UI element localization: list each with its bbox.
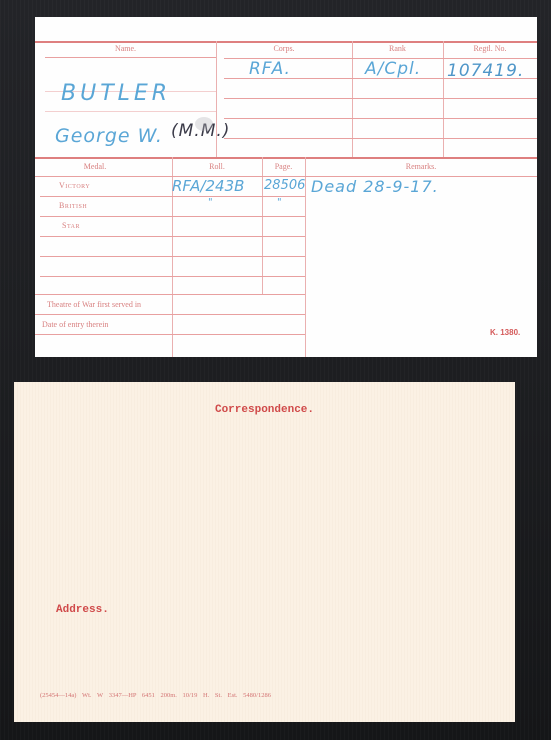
medal-row-rule <box>40 256 305 257</box>
header-top-rule <box>35 41 537 43</box>
ink-smudge <box>195 117 213 131</box>
medal-name: Star <box>62 221 80 230</box>
medal-row-rule <box>40 236 305 237</box>
roll-header: Roll. <box>172 162 262 171</box>
detail-row-rule <box>224 118 537 119</box>
medal-name: British <box>59 201 87 210</box>
forenames-handwritten: George W. <box>55 125 163 147</box>
medal-header: Medal. <box>45 162 145 171</box>
correspondence-title: Correspondence. <box>14 404 515 416</box>
roll-value: RFA/243B <box>172 177 244 195</box>
printer-imprint: (25454—14a) Wt. W 3347—HP 6451 200m. 10/… <box>40 692 271 699</box>
medal-index-card-front: Name. BUTLER George W. (M.M.) Corps. Ran… <box>35 17 537 357</box>
medal-section-top-rule <box>35 157 537 159</box>
theatre-top-rule <box>35 294 305 295</box>
date-entry-top-rule <box>35 314 305 315</box>
medal-row-rule <box>40 196 305 197</box>
regt-no-header: Regtl. No. <box>443 44 537 53</box>
corps-header: Corps. <box>216 44 352 53</box>
roll-value: " <box>208 197 214 208</box>
corps-handwritten: RFA. <box>249 59 291 79</box>
date-entry-bottom-rule <box>35 334 305 335</box>
theatre-label: Theatre of War first served in <box>47 300 141 309</box>
surname-handwritten: BUTLER <box>61 81 171 106</box>
remarks-handwritten: Dead 28-9-17. <box>311 177 439 196</box>
name-header-rule <box>45 57 216 58</box>
form-number: K. 1380. <box>490 328 520 337</box>
medal-header-rule <box>35 176 537 177</box>
detail-row-rule <box>224 138 537 139</box>
page-header: Page. <box>262 162 305 171</box>
page-value: " <box>277 197 283 208</box>
detail-row-rule <box>224 98 537 99</box>
date-entry-label: Date of entry therein <box>42 320 108 329</box>
remarks-header: Remarks. <box>305 162 537 171</box>
name-header: Name. <box>35 44 216 53</box>
medal-row-rule <box>40 276 305 277</box>
page-col-divider <box>262 157 263 294</box>
page-value: 28506 <box>264 178 305 193</box>
rank-handwritten: A/Cpl. <box>365 59 421 79</box>
regt-no-handwritten: 107419. <box>447 61 524 81</box>
name-line <box>45 111 216 112</box>
medal-index-card-back: Correspondence. Address. (25454—14a) Wt.… <box>14 382 515 722</box>
medal-name: Victory <box>59 181 90 190</box>
rank-header: Rank <box>352 44 443 53</box>
medal-row-rule <box>40 216 305 217</box>
address-label: Address. <box>56 604 109 616</box>
